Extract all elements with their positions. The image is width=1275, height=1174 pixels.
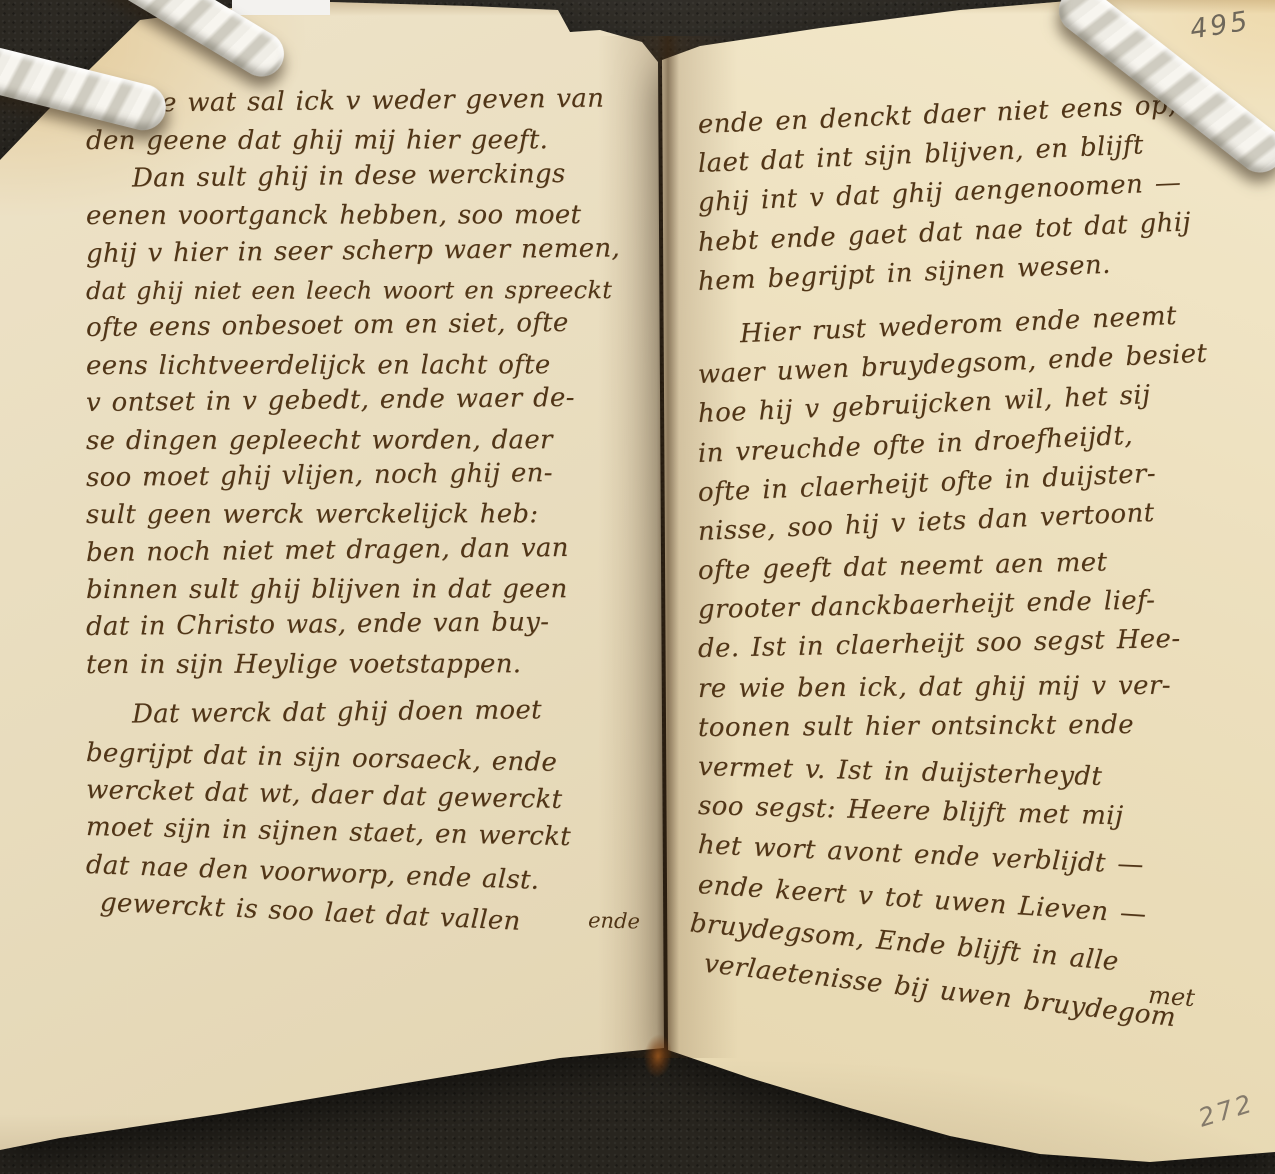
- left-page-text: Heere wat sal ick v weder geven vanden g…: [86, 86, 672, 922]
- catchword-left-page: ende: [520, 906, 641, 933]
- manuscript-line: toonen sult hier ontsinckt ende: [698, 705, 1243, 748]
- manuscript-line: soo moet ghij vlijen, noch ghij en-: [86, 454, 672, 498]
- manuscript-photo: Heere wat sal ick v weder geven vanden g…: [0, 0, 1275, 1174]
- manuscript-line: ben noch niet met dragen, dan van: [86, 529, 672, 573]
- manuscript-line: ofte eens onbesoet om en siet, ofte: [86, 304, 672, 348]
- manuscript-line: Heere wat sal ick v weder geven van: [86, 80, 672, 124]
- manuscript-line: dat in Christo was, ende van buy-: [86, 603, 672, 647]
- manuscript-line: re wie ben ick, dat ghij mij v ver-: [698, 666, 1243, 709]
- manuscript-line: v ontset in v gebedt, ende waer de-: [86, 379, 672, 423]
- spine-leather-detail: [642, 1033, 674, 1080]
- manuscript-line: ten in sijn Heylige voetstappen.: [86, 646, 672, 684]
- manuscript-line: Dat werck dat ghij doen moet: [86, 691, 672, 735]
- right-page-text: ende en denckt daer niet eens op,laet da…: [698, 106, 1243, 983]
- white-paper-strip: [232, 0, 330, 15]
- manuscript-line: Dan sult ghij in dese werckings: [86, 155, 672, 199]
- manuscript-line: ghij v hier in seer scherp waer nemen,: [86, 229, 672, 273]
